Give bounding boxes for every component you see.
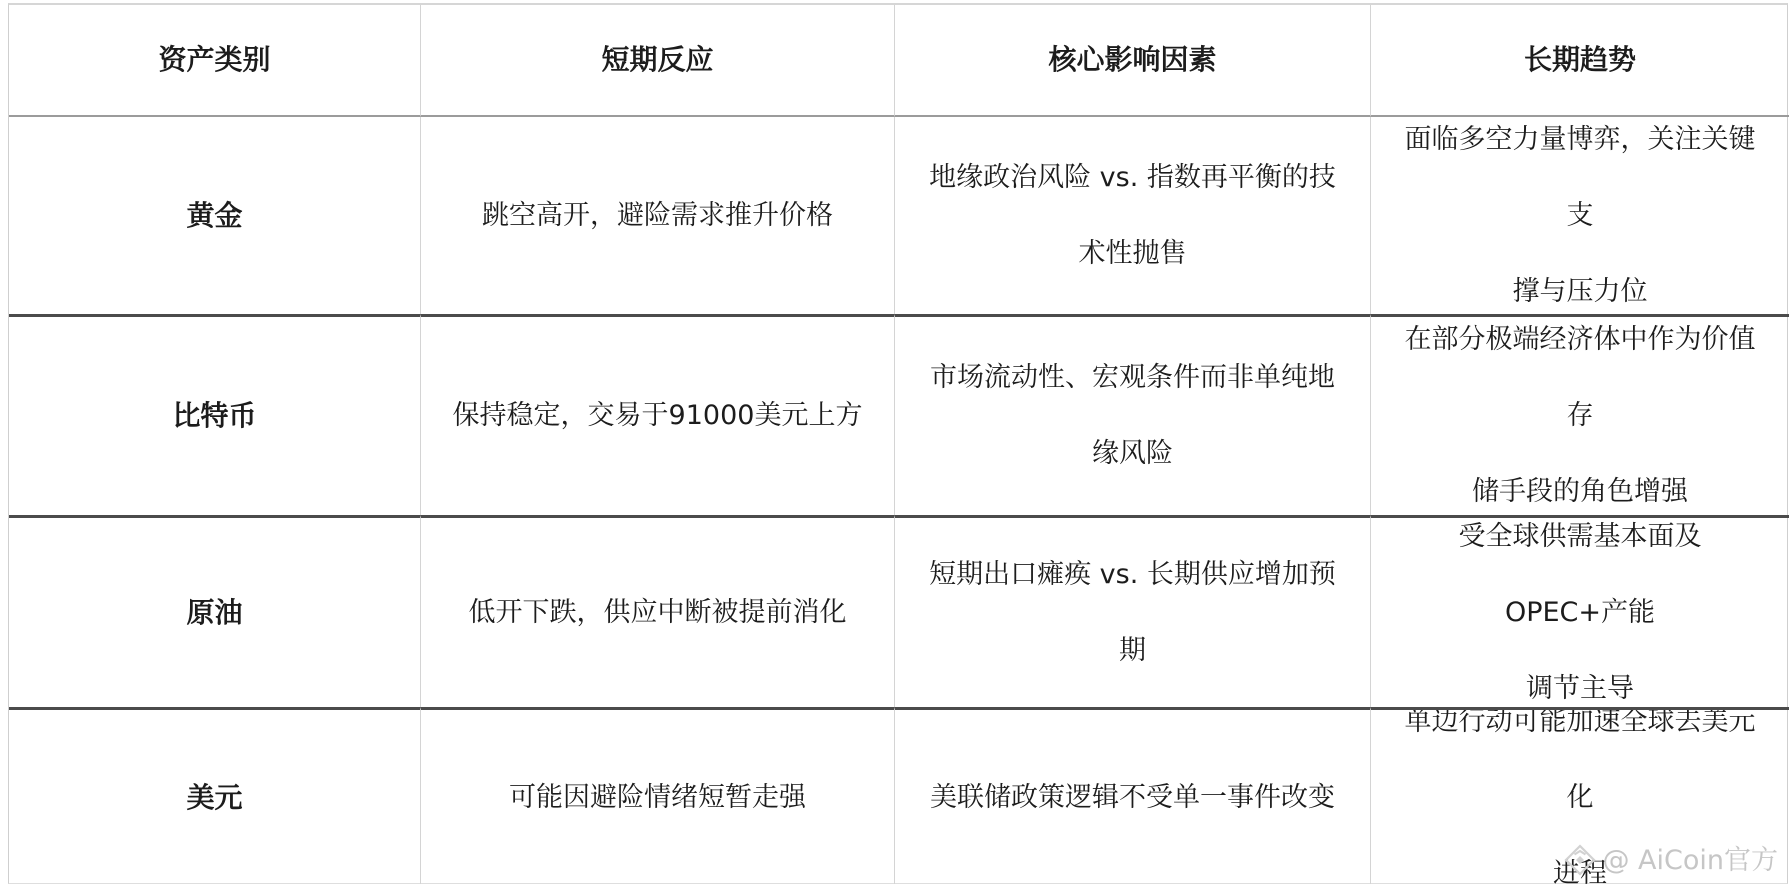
cell-crude-oil-long-term: 受全球供需基本面及OPEC+产能 调节主导: [1371, 515, 1789, 707]
header-cell-asset-class: 资产类别: [9, 5, 421, 117]
cell-bitcoin-short-term: 保持稳定，交易于91000美元上方: [421, 314, 895, 515]
cell-bitcoin-long-term: 在部分极端经济体中作为价值存 储手段的角色增强: [1371, 314, 1789, 515]
cell-gold-short-term: 跳空高开，避险需求推升价格: [421, 117, 895, 314]
header-cell-long-term: 长期趋势: [1371, 5, 1789, 117]
cell-asset-us-dollar: 美元: [9, 707, 421, 884]
cell-asset-bitcoin: 比特币: [9, 314, 421, 515]
cell-bitcoin-core-factors: 市场流动性、宏观条件而非单纯地 缘风险: [895, 314, 1371, 515]
cell-us-dollar-short-term: 可能因避险情绪短暂走强: [421, 707, 895, 884]
cell-gold-long-term: 面临多空力量博弈，关注关键支 撑与压力位: [1371, 117, 1789, 314]
watermark-handle: @ AiCoin官方: [1602, 847, 1778, 874]
cell-asset-crude-oil: 原油: [9, 515, 421, 707]
aicoin-diamond-logo-icon: [1564, 844, 1596, 876]
header-cell-core-factors: 核心影响因素: [895, 5, 1371, 117]
cell-asset-gold: 黄金: [9, 117, 421, 314]
cell-crude-oil-short-term: 低开下跌，供应中断被提前消化: [421, 515, 895, 707]
asset-comparison-table: 资产类别 短期反应 核心影响因素 长期趋势 黄金 跳空高开，避险需求推升价格 地…: [8, 3, 1788, 884]
cell-crude-oil-core-factors: 短期出口瘫痪 vs. 长期供应增加预 期: [895, 515, 1371, 707]
cell-gold-core-factors: 地缘政治风险 vs. 指数再平衡的技 术性抛售: [895, 117, 1371, 314]
watermark: @ AiCoin官方: [1564, 844, 1778, 876]
cell-us-dollar-core-factors: 美联储政策逻辑不受单一事件改变: [895, 707, 1371, 884]
header-cell-short-term: 短期反应: [421, 5, 895, 117]
screenshot-canvas: 资产类别 短期反应 核心影响因素 长期趋势 黄金 跳空高开，避险需求推升价格 地…: [0, 0, 1790, 884]
